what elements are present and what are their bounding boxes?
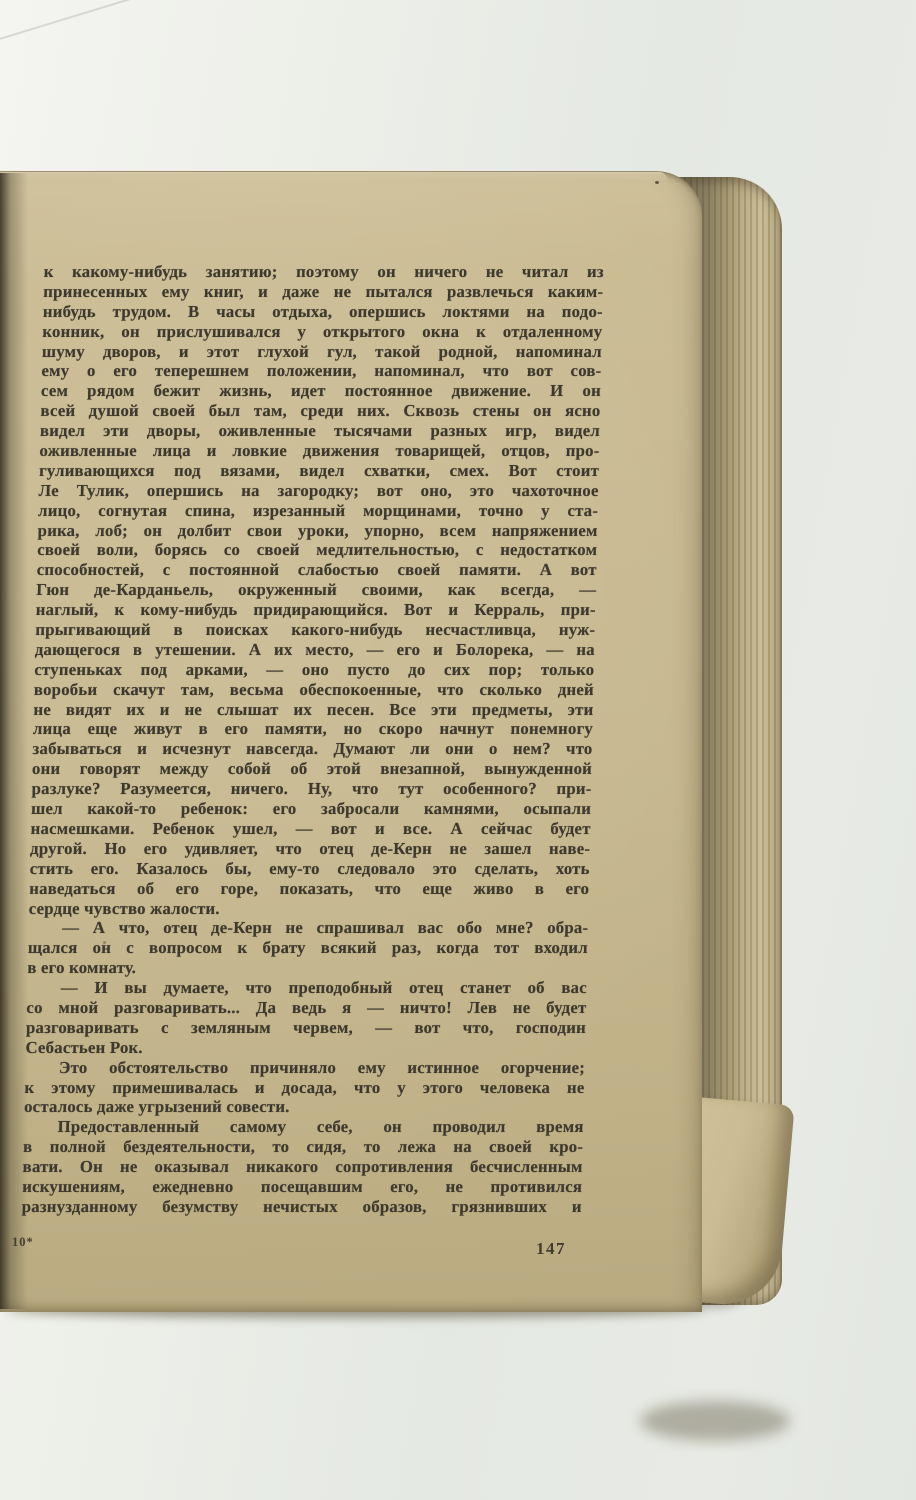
paragraph: — А что, отец де-Керн не спрашивал вас о… bbox=[27, 918, 588, 978]
text-line: ступеньках под арками, — оно пусто до си… bbox=[34, 660, 594, 680]
text-line: щался он с вопросом к брату всякий раз, … bbox=[28, 938, 588, 958]
text-line: разлуке? Разумеется, ничего. Ну, что тут… bbox=[31, 779, 591, 799]
text-line: рика, лоб; он долбит свои уроки, упорно,… bbox=[37, 521, 597, 541]
text-line: Себастьен Рок. bbox=[25, 1038, 585, 1058]
text-line: — И вы думаете, что преподобный отец ста… bbox=[27, 978, 587, 998]
text-line: лицо, согнутая спина, изрезанный морщина… bbox=[38, 501, 598, 521]
text-line: к этому примешивалась и досада, что у эт… bbox=[24, 1078, 584, 1098]
text-line: Предоставленный самому себе, он проводил… bbox=[23, 1117, 583, 1137]
text-line: стить его. Казалось бы, ему-то следовало… bbox=[29, 859, 589, 879]
paragraph: к какому-нибудь занятию; поэтому он ниче… bbox=[29, 262, 604, 918]
text-line: Ле Тулик, опершись на загородку; вот оно… bbox=[38, 481, 598, 501]
paragraph: Предоставленный самому себе, он проводил… bbox=[22, 1117, 584, 1216]
paragraph: Это обстоятельство причиняло ему истинно… bbox=[24, 1058, 585, 1118]
text-line: в полной бездеятельности, то сидя, то ле… bbox=[23, 1137, 583, 1157]
text-line: — А что, отец де-Керн не спрашивал вас о… bbox=[28, 918, 588, 938]
book-page: к какому-нибудь занятию; поэтому он ниче… bbox=[0, 171, 702, 1312]
text-line: наведаться об его горе, показать, что ещ… bbox=[29, 879, 589, 899]
text-line: конник, он прислушивался у открытого окн… bbox=[42, 322, 602, 342]
text-line: осталось даже угрызений совести. bbox=[24, 1097, 584, 1117]
text-line: со мной разговаривать... Да ведь я — нич… bbox=[26, 998, 586, 1018]
text-line: искушениям, ежедневно посещавшим его, не… bbox=[22, 1177, 582, 1197]
text-line: Гюн де-Карданьель, окруженный своими, ка… bbox=[36, 580, 596, 600]
page-number: 147 bbox=[536, 1239, 566, 1259]
text-line: шел какой-то ребенок: его забросали камн… bbox=[31, 799, 591, 819]
photo-backdrop: { "document": { "language": "ru", "foote… bbox=[0, 0, 916, 1500]
text-line: они говорят между собой об этой внезапно… bbox=[32, 759, 592, 779]
text-line: принесенных ему книг, и даже не пытался … bbox=[43, 282, 603, 302]
text-line: нибудь трудом. В часы отдыха, опершись л… bbox=[43, 302, 603, 322]
text-line: прыгивающий в поисках какого-нибудь несч… bbox=[35, 620, 595, 640]
text-line: наглый, к кому-нибудь придирающийся. Вот… bbox=[36, 600, 596, 620]
paper-speck bbox=[655, 181, 659, 184]
text-block: к какому-нибудь занятию; поэтому он ниче… bbox=[22, 262, 604, 1217]
text-line: лица еще живут в его памяти, но скоро на… bbox=[33, 719, 593, 739]
text-line: гуливающихся под вязами, видел схватки, … bbox=[39, 461, 599, 481]
text-line: насмешками. Ребенок ушел, — вот и все. А… bbox=[30, 819, 590, 839]
text-line: к какому-нибудь занятию; поэтому он ниче… bbox=[44, 262, 604, 282]
text-line: способностей, с постоянной слабостью сво… bbox=[37, 560, 597, 580]
backdrop-fold-line bbox=[0, 0, 156, 48]
text-line: Это обстоятельство причиняло ему истинно… bbox=[25, 1058, 585, 1078]
text-line: своей воли, борясь со своей медлительнос… bbox=[37, 540, 597, 560]
text-line: разговаривать с земляным червем, — вот ч… bbox=[26, 1018, 586, 1038]
paragraph: — И вы думаете, что преподобный отец ста… bbox=[25, 978, 587, 1058]
text-line: разнузданному безумству нечистых образов… bbox=[22, 1197, 582, 1217]
text-line: оживленные лица и ловкие движения товари… bbox=[39, 441, 599, 461]
text-line: воробьи скачут там, весьма обеспокоенные… bbox=[34, 680, 594, 700]
curl-cast-shadow bbox=[640, 1401, 790, 1441]
text-line: другой. Но его удивляет, что отец де-Кер… bbox=[30, 839, 590, 859]
text-line: в его комнату. bbox=[27, 958, 587, 978]
text-line: всей душой своей был там, среди них. Скв… bbox=[40, 401, 600, 421]
text-line: ему о его теперешнем положении, напомина… bbox=[41, 361, 601, 381]
text-line: видел эти дворы, оживленные тысячами раз… bbox=[40, 421, 600, 441]
text-line: забываться и исчезнут навсегда. Думают л… bbox=[32, 739, 592, 759]
text-line: вати. Он не оказывал никакого сопротивле… bbox=[22, 1157, 582, 1177]
text-line: дающегося в утешении. А их место, — его … bbox=[35, 640, 595, 660]
text-line: сердце чувство жалости. bbox=[29, 899, 589, 919]
text-line: не видят их и не слышат их песен. Все эт… bbox=[33, 700, 593, 720]
text-line: шуму дворов, и этот глухой гул, такой ро… bbox=[42, 342, 602, 362]
book-page-scan: к какому-нибудь занятию; поэтому он ниче… bbox=[0, 171, 790, 1318]
signature-mark: 10* bbox=[12, 1235, 34, 1250]
text-line: сем рядом бежит жизнь, идет постоянное д… bbox=[41, 381, 601, 401]
